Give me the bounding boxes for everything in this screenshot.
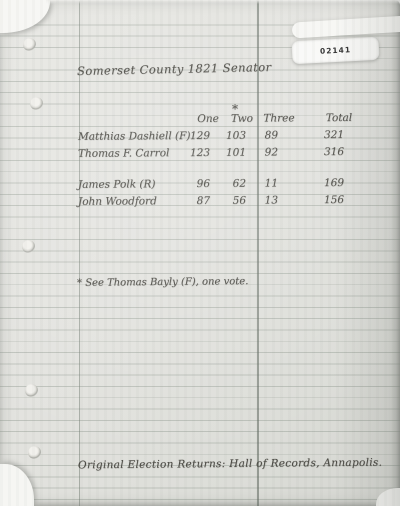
sticker-number: 02141 bbox=[320, 45, 352, 56]
table-row: John Woodford 87 56 13 156 bbox=[0, 194, 400, 212]
scan-edge-top bbox=[46, 0, 400, 4]
table-row: Thomas F. Carrol 123 101 92 316 bbox=[0, 146, 400, 164]
corner-curl-top-left bbox=[0, 0, 50, 33]
page-curl-top-right bbox=[292, 15, 400, 38]
cell-one: 87 bbox=[170, 195, 210, 207]
table-row: Matthias Dashiell (F) 129 103 89 321 bbox=[0, 129, 400, 147]
page-title: Somerset County 1821 Senator bbox=[77, 60, 272, 78]
punch-hole bbox=[25, 384, 38, 397]
margin-line-right bbox=[257, 0, 259, 506]
cell-total: 156 bbox=[302, 194, 344, 206]
ruled-lines bbox=[0, 14, 400, 506]
cell-three: 11 bbox=[238, 177, 278, 189]
cell-total: 169 bbox=[302, 177, 344, 189]
column-header-three: Three bbox=[256, 112, 302, 124]
cell-total: 316 bbox=[302, 146, 344, 158]
punch-hole bbox=[23, 38, 36, 51]
cell-three: 92 bbox=[238, 146, 278, 158]
punch-hole bbox=[28, 446, 41, 459]
barcode-sticker: 02141 bbox=[291, 37, 379, 65]
corner-curl-bottom-left bbox=[0, 464, 34, 506]
punch-hole bbox=[30, 97, 43, 110]
footnote: * See Thomas Bayly (F), one vote. bbox=[77, 276, 248, 289]
table-header-row: One Two Three Total bbox=[0, 112, 400, 130]
candidate-name: John Woodford bbox=[78, 195, 157, 208]
cell-three: 13 bbox=[238, 194, 278, 206]
cell-three: 89 bbox=[238, 129, 278, 141]
punch-hole bbox=[22, 240, 35, 253]
corner-curl-bottom-right bbox=[376, 488, 400, 506]
cell-one: 96 bbox=[170, 178, 210, 190]
scanned-page: 02141 Somerset County 1821 Senator * One… bbox=[0, 0, 400, 506]
paper-texture bbox=[0, 0, 400, 506]
cell-one: 129 bbox=[170, 130, 210, 142]
cell-one: 123 bbox=[170, 147, 210, 159]
cell-total: 321 bbox=[302, 129, 344, 141]
candidate-name: Thomas F. Carrol bbox=[78, 147, 169, 160]
candidate-name: James Polk (R) bbox=[78, 178, 156, 191]
source-note: Original Election Returns: Hall of Recor… bbox=[78, 457, 382, 472]
table-row: James Polk (R) 96 62 11 169 bbox=[0, 177, 400, 195]
column-header-total: Total bbox=[316, 112, 362, 124]
